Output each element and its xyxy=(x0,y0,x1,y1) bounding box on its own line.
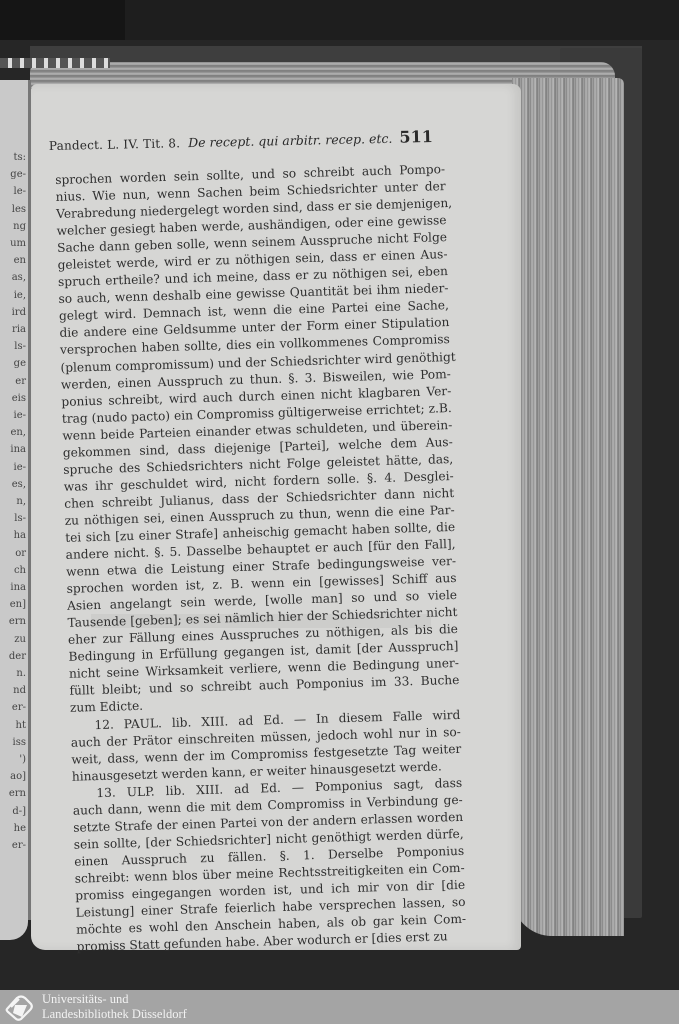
left-page-text-fragment: er- xyxy=(0,838,26,854)
library-name-line2: Landesbibliothek Düsseldorf xyxy=(42,1007,187,1022)
left-page-text-fragment: le- xyxy=(0,184,26,200)
background-top-left xyxy=(0,0,125,40)
left-page-text-fragment: es, xyxy=(0,477,26,493)
left-page-text-fragment: n, xyxy=(0,494,26,510)
right-page: Pandect. L. IV. Tit. 8.De recept. qui ar… xyxy=(31,84,521,950)
left-page-text-fragment: ie, xyxy=(0,288,26,304)
left-page-text-fragment: nd xyxy=(0,683,26,699)
binding-edge xyxy=(0,58,110,68)
left-page-text-fragment: en xyxy=(0,253,26,269)
left-page-text-fragment: ') xyxy=(0,752,26,768)
left-page-text-fragment: ina xyxy=(0,442,26,458)
running-head-title: De recept. qui arbitr. recep. etc. xyxy=(188,131,393,150)
left-page-text-fragment: er- xyxy=(0,700,26,716)
left-page-text-fragment: ie- xyxy=(0,408,26,424)
left-page-text-fragment: he xyxy=(0,821,26,837)
left-page-text-fragment: as, xyxy=(0,270,26,286)
left-page-text-fragment: ern xyxy=(0,786,26,802)
running-head: Pandect. L. IV. Tit. 8.De recept. qui ar… xyxy=(49,130,433,158)
library-name-line1: Universitäts- und xyxy=(42,992,128,1007)
page-number: 511 xyxy=(399,127,433,147)
left-page-text-fragment: d-] xyxy=(0,804,26,820)
left-page-text-fragment: um xyxy=(0,236,26,252)
left-page-text-fragment: iss xyxy=(0,735,26,751)
page-edges-right xyxy=(512,78,624,936)
left-page-text-fragment: en, xyxy=(0,425,26,441)
left-page-text-fragment: ao] xyxy=(0,769,26,785)
left-page-text-fragment: ng xyxy=(0,219,26,235)
left-page-text-fragment: ge xyxy=(0,356,26,372)
left-page-text-fragment: ge- xyxy=(0,167,26,183)
page-body-text: sprochen worden sein sollte, und so schr… xyxy=(55,161,467,956)
left-page-text-fragment: ina xyxy=(0,580,26,596)
left-page-text-fragment: er xyxy=(0,374,26,390)
library-footer: Universitäts- und Landesbibliothek Düsse… xyxy=(0,990,679,1024)
left-page-text-fragment: ls- xyxy=(0,339,26,355)
left-page-text-fragment: ird xyxy=(0,305,26,321)
left-page-text-fragment: ria xyxy=(0,322,26,338)
left-page-text-fragment: ht xyxy=(0,718,26,734)
left-page-edge: ts:ge-le-lesngumenas,ie,irdrials-geereis… xyxy=(0,80,28,940)
running-head-section: Pandect. L. IV. Tit. 8. xyxy=(49,136,181,153)
left-page-text-fragment: eis xyxy=(0,391,26,407)
left-page-text-fragment: or xyxy=(0,546,26,562)
left-page-text-fragment: der xyxy=(0,649,26,665)
left-page-text-fragment: n. xyxy=(0,666,26,682)
left-page-text-fragment: les xyxy=(0,202,26,218)
left-page-text-fragment: ch xyxy=(0,563,26,579)
left-page-text-fragment: ha xyxy=(0,528,26,544)
book-logo-icon xyxy=(3,993,35,1021)
left-page-text-fragment: en] xyxy=(0,597,26,613)
left-page-text-fragment: ern xyxy=(0,614,26,630)
scanned-book-image: ts:ge-le-lesngumenas,ie,irdrials-geereis… xyxy=(0,0,679,990)
left-page-text-fragment: ie- xyxy=(0,460,26,476)
left-page-text-fragment: zu xyxy=(0,632,26,648)
left-page-text-fragment: ls- xyxy=(0,511,26,527)
left-page-text-fragment: ts: xyxy=(0,150,26,166)
